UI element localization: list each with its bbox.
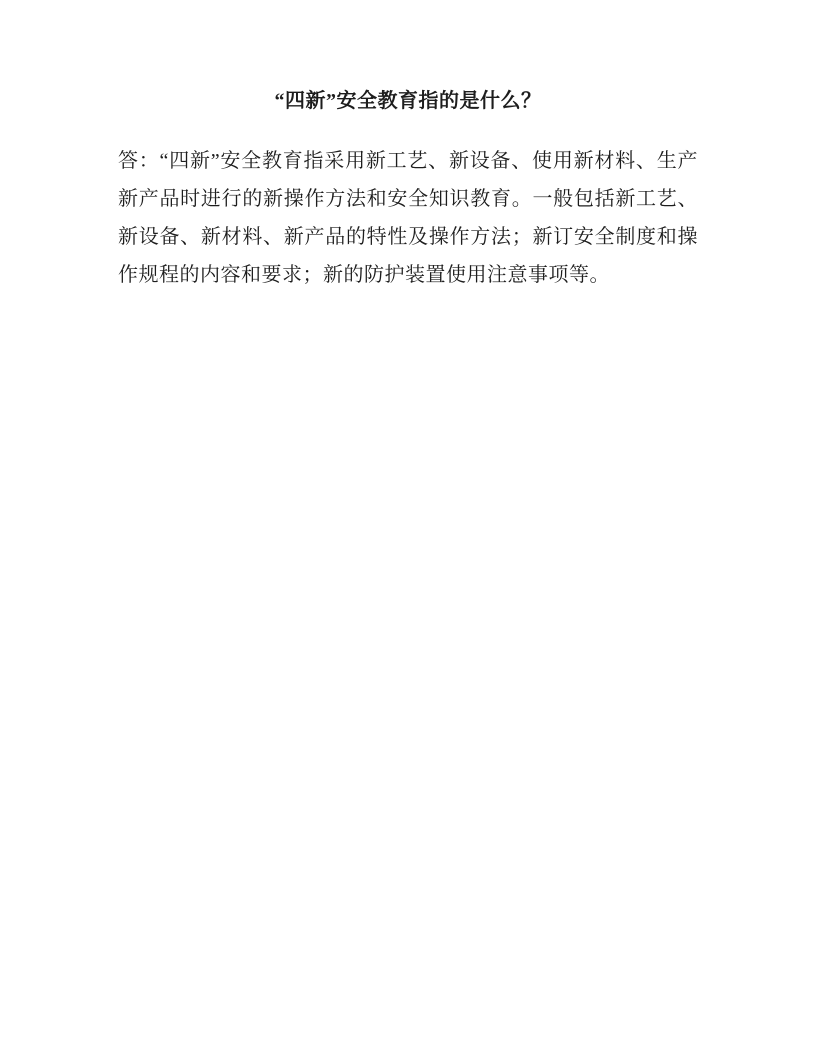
document-title: “四新”安全教育指的是什么？	[118, 88, 698, 114]
document-page: “四新”安全教育指的是什么？ 答：“四新”安全教育指采用新工艺、新设备、使用新材…	[0, 0, 816, 1056]
answer-paragraph: 答：“四新”安全教育指采用新工艺、新设备、使用新材料、生产新产品时进行的新操作方…	[118, 142, 698, 294]
